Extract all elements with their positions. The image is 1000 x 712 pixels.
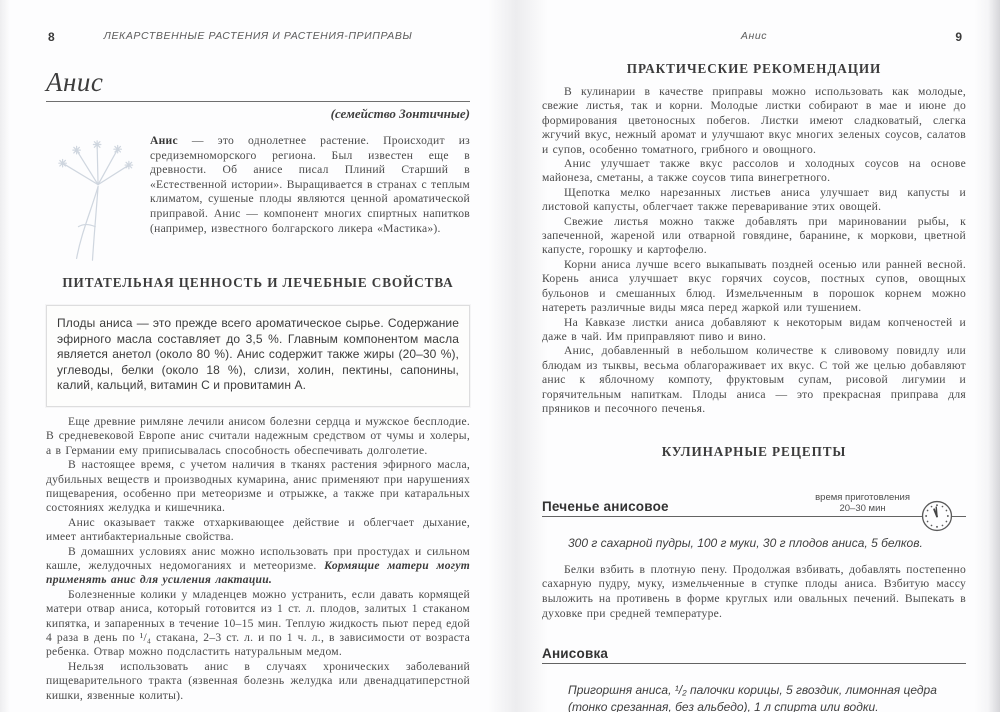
right-running-head: Анис 9 [542,30,966,45]
chapter-title-block: Анис [46,67,470,102]
plant-family: (семейство Зонтичные) [46,106,470,122]
paragraph: Анис, добавленный в небольшом количестве… [542,344,966,416]
section-heading-nutrition: ПИТАТЕЛЬНАЯ ЦЕННОСТЬ И ЛЕЧЕБНЫЕ СВОЙСТВА [46,275,470,291]
left-running-title: ЛЕКАРСТВЕННЫЕ РАСТЕНИЯ И РАСТЕНИЯ-ПРИПРА… [46,30,470,42]
paragraph: Белки взбить в плотную пену. Продолжая в… [542,563,966,621]
left-page-number: 8 [48,30,55,44]
intro-section: Анис — это однолетнее растение. Происход… [46,134,470,254]
paragraph: Болезненные колики у младенцев можно уст… [46,588,470,660]
paragraph: Свежие листья можно также добавлять при … [542,215,966,258]
left-running-head: 8 ЛЕКАРСТВЕННЫЕ РАСТЕНИЯ И РАСТЕНИЯ-ПРИП… [46,30,470,45]
right-page-number: 9 [955,30,962,44]
nutrition-info-box: Плоды аниса — это прежде всего ароматиче… [46,305,470,407]
intro-body: — это однолетнее растение. Происходит из… [150,134,470,235]
anise-plant-illustration-icon [46,138,138,264]
paragraph: Корни аниса лучше всего выкапывать поздн… [542,258,966,316]
right-body-copy: В кулинарии в качестве приправы можно ис… [542,85,966,416]
recipe-header-anisovka: Анисовка [542,641,966,664]
recipe-ingredients: 300 г сахарной пудры, 100 г муки, 30 г п… [568,535,960,552]
recipe-name: Анисовка [542,646,608,661]
umbel-flowers [59,141,133,169]
right-running-title: Анис [542,30,966,42]
recipe-header-cookies: Печенье анисовое время приготовления 20–… [542,486,966,517]
book-scan: 8 ЛЕКАРСТВЕННЫЕ РАСТЕНИЯ И РАСТЕНИЯ-ПРИП… [0,0,1000,712]
paragraph: В домашних условиях анис можно использов… [46,545,470,588]
paragraph: Анис оказывает также отхаркивающее дейст… [46,516,470,545]
paragraph: В настоящее время, с учетом наличия в тк… [46,458,470,516]
right-page: Анис 9 ПРАКТИЧЕСКИЕ РЕКОМЕНДАЦИИ В кулин… [542,30,966,712]
paragraph: Еще древние римляне лечили анисом болезн… [46,415,470,458]
paragraph: Анис улучшает также вкус рассолов и холо… [542,157,966,186]
chapter-title: Анис [46,67,470,97]
paragraph: На Кавказе листки аниса добавляют к неко… [542,316,966,345]
paragraph: В кулинарии в качестве приправы можно ис… [542,85,966,157]
clock-icon [920,499,954,533]
intro-lead-word: Анис [150,134,178,147]
recipe-method: Белки взбить в плотную пену. Продолжая в… [542,563,966,621]
cooking-time-value: 20–30 мин [815,503,910,514]
section-heading-recommendations: ПРАКТИЧЕСКИЕ РЕКОМЕНДАЦИИ [542,61,966,77]
paragraph: Щепотка мелко нарезанных листьев аниса у… [542,186,966,215]
section-heading-recipes: КУЛИНАРНЫЕ РЕЦЕПТЫ [542,444,966,460]
recipe-name: Печенье анисовое [542,499,669,514]
cooking-time-label: время приготовления [815,492,910,503]
paragraph: Нельзя использовать анис в случаях хрони… [46,660,470,703]
cooking-time: время приготовления 20–30 мин [815,492,910,514]
left-body-copy: Еще древние римляне лечили анисом болезн… [46,415,470,703]
recipe-ingredients: Пригоршня аниса, ¹/₂ палочки корицы, 5 г… [568,682,960,712]
left-page: 8 ЛЕКАРСТВЕННЫЕ РАСТЕНИЯ И РАСТЕНИЯ-ПРИП… [46,30,470,703]
